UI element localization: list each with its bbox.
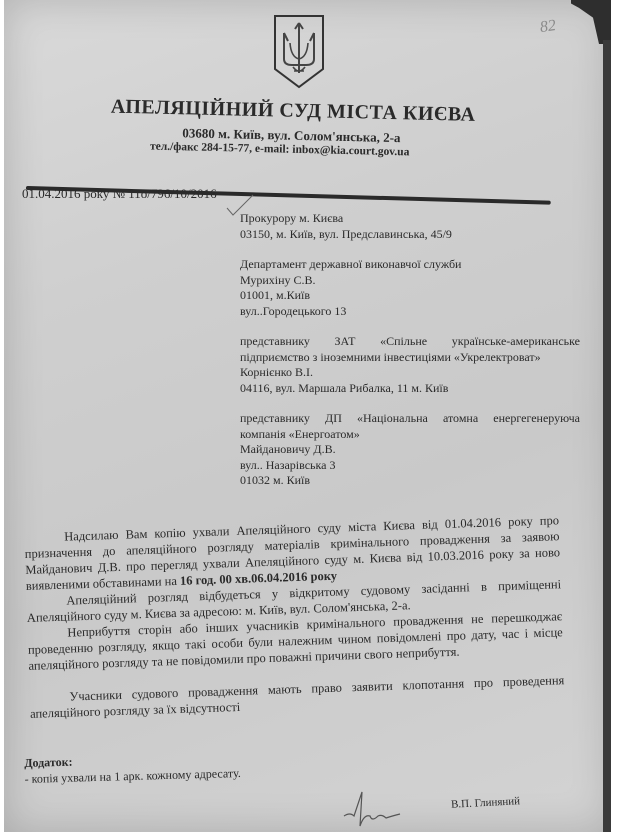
recipients-list: Прокурору м. Києва 03150, м. Київ, вул. …: [240, 211, 580, 504]
reference-number: 01.04.2016 року № 11о/796/10/2016: [22, 186, 217, 202]
letter-body: Надсилаю Вам копію ухвали Апеляційного с…: [24, 512, 565, 722]
recipient-line: 01032 м. Київ: [240, 473, 580, 489]
recipient-line: Корнієнко В.І.: [240, 365, 580, 381]
tryzub-coat-of-arms-icon: [272, 13, 326, 90]
letterhead: АПЕЛЯЦІЙНИЙ СУД МІСТА КИЄВА 03680 м. Киї…: [5, 93, 611, 107]
page-corner-shadow: [571, 0, 611, 44]
signer-name: В.П. Глиняний: [451, 795, 521, 811]
recipient-ukrelektrovat: представнику ЗАТ «Спільне українське-аме…: [240, 334, 580, 396]
page-edge-shadow: [603, 40, 611, 832]
handwritten-signature-icon: [342, 786, 402, 831]
court-name: АПЕЛЯЦІЙНИЙ СУД МІСТА КИЄВА: [111, 96, 476, 127]
recipient-prosecutor: Прокурору м. Києва 03150, м. Київ, вул. …: [240, 211, 580, 242]
recipient-line: Департамент державної виконавчої служби: [240, 257, 580, 273]
recipient-enforcement-department: Департамент державної виконавчої служби …: [240, 257, 580, 319]
recipient-line: 03150, м. Київ, вул. Предславинська, 45/…: [240, 227, 580, 243]
recipient-line: представнику ЗАТ «Спільне українське-аме…: [240, 334, 580, 350]
attachment-section: Додаток: - копія ухвали на 1 арк. кожном…: [24, 739, 585, 787]
recipient-line: представнику ДП «Національна атомна енер…: [240, 411, 580, 427]
scanned-letter-page: 82 АПЕЛЯЦІЙНИЙ СУД МІСТА КИЄВА 03680 м. …: [4, 0, 611, 832]
recipient-line: 04116, вул. Маршала Рибалка, 11 м. Київ: [240, 381, 580, 397]
handwritten-page-number: 82: [539, 17, 557, 37]
recipient-energoatom: представнику ДП «Національна атомна енер…: [240, 411, 580, 489]
recipient-line: 01001, м.Київ: [240, 288, 580, 304]
recipient-line: Мурихіну С.В.: [240, 273, 580, 289]
recipient-line: Прокурору м. Києва: [240, 211, 580, 227]
recipient-line: вул..Городецького 13: [240, 304, 580, 320]
recipient-line: компанія «Енергоатом»: [240, 427, 580, 443]
recipient-line: вул.. Назарівська 3: [240, 458, 580, 474]
recipient-line: підприємство з іноземними інвестиціями «…: [240, 350, 580, 366]
recipient-line: Майдановичу Д.В.: [240, 442, 580, 458]
